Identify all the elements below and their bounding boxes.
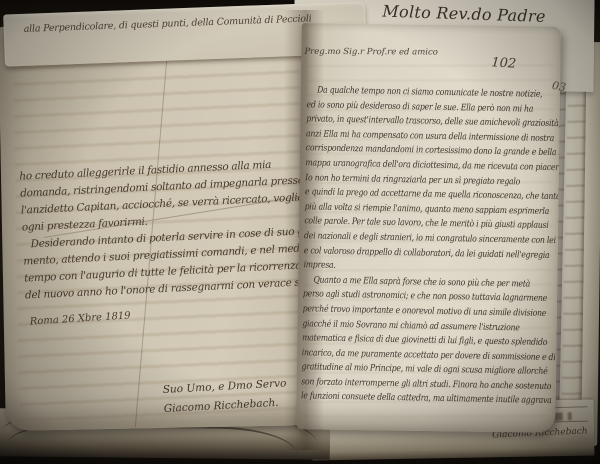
salutation: Preg.mo Sig.r Prof.re ed amico [304, 47, 437, 58]
letter-heading: Molto Rev.do Padre [382, 2, 546, 26]
page-number: 102 [491, 55, 517, 72]
manuscript-photo: Molto Rev.do Padre Giacomo Ricchebach ho… [0, 0, 600, 464]
dateline: Roma 26 Xbre 1819 [30, 310, 131, 327]
behind-page-number: 03 [551, 79, 567, 94]
right-page: 102 Preg.mo Sig.r Prof.re ed amico Da qu… [296, 23, 561, 433]
right-letter-body: Da qualche tempo non ci siamo comunicate… [301, 83, 557, 409]
left-page: ho creduto alleggerirle il fastidio anne… [0, 21, 314, 431]
flap-header-line: alla Perpendicolare, di questi punti, de… [24, 13, 312, 35]
left-letter-body: ho creduto alleggerirle il fastidio anne… [19, 155, 314, 305]
closing-block: Suo Umo, e Dmo Servo Giacomo Ricchebach. [162, 374, 288, 419]
